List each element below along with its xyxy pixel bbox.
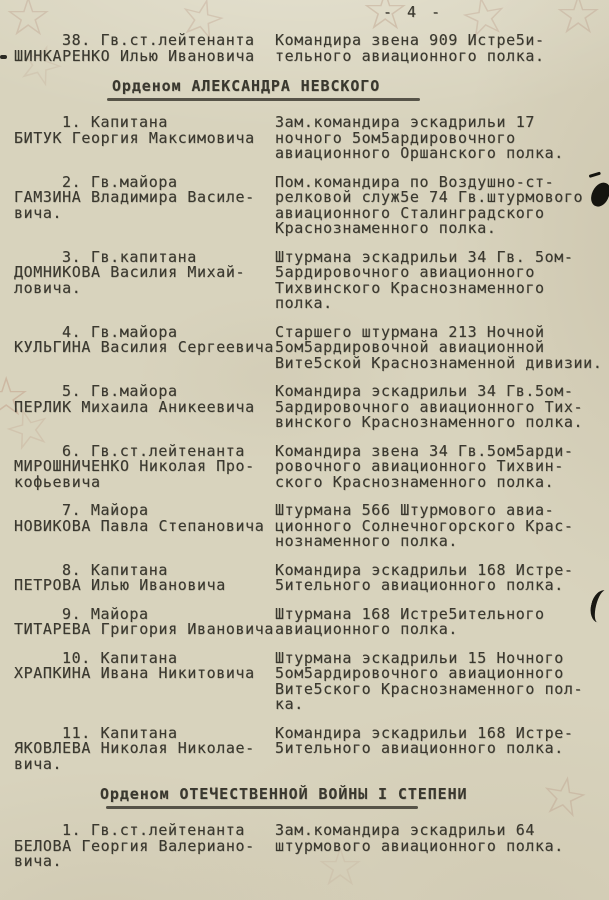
duty-column: Командира эскадрильи 168 Истре-5ительног… — [275, 726, 574, 773]
duty-line: 5ительного авиационного полка. — [275, 741, 574, 757]
recipient-column: 1. КапитанаБИТУК Георгия Максимовича — [0, 115, 275, 162]
recipient-name-line: кофьевича — [14, 475, 275, 491]
document-content: 38. Гв.ст.лейтенантаШИНКАРЕНКО Илью Иван… — [0, 33, 609, 883]
scanned-document-page: ☆ ☆ ☆ ☆ ☆ ☆ ☆ ☆ ☆ ☆ - 4 - 38. Гв.ст.лейт… — [0, 0, 609, 900]
recipient-column: 4. Гв.майораКУЛЬГИНА Василия Сергеевича — [0, 325, 275, 372]
recipient-column: 5. Гв.майораПЕРЛИК Михаила Аникеевича — [0, 384, 275, 431]
duty-line: штурмового авиационного полка. — [275, 839, 564, 855]
award-entry: 6. Гв.ст.лейтенантаМИРОШНИЧЕНКО Николая … — [0, 444, 609, 491]
duty-line: Вите5ской Краснознаменной дивизии. — [275, 356, 602, 372]
recipient-column: 2. Гв.майораГАМЗИНА Владимира Василе-вич… — [0, 175, 275, 237]
award-section-heading: Орденом АЛЕКСАНДРА НЕВСКОГО — [112, 77, 380, 95]
recipient-name-line: БИТУК Георгия Максимовича — [14, 131, 275, 147]
duty-column: Командира эскадрильи 34 Гв.5ом-5ардирово… — [275, 384, 583, 431]
duty-column: Штурмана эскадрильи 34 Гв. 5ом-5ардирово… — [275, 250, 574, 312]
duty-column: Старшего штурмана 213 Ночной5ом5ардирово… — [275, 325, 602, 372]
recipient-name-line: вича. — [14, 854, 275, 870]
award-entry: 1. КапитанаБИТУК Георгия МаксимовичаЗам.… — [0, 115, 609, 162]
duty-column: Штурмана эскадрильи 15 Ночного5ом5ардиро… — [275, 651, 583, 713]
award-entry: 4. Гв.майораКУЛЬГИНА Василия СергеевичаС… — [0, 325, 609, 372]
recipient-name-line: НОВИКОВА Павла Степановича — [14, 519, 275, 535]
recipient-column: 8. КапитанаПЕТРОВА Илью Ивановича — [0, 563, 275, 594]
duty-line: винского Краснознаменного полка. — [275, 415, 583, 431]
duty-column: Штурмана 168 Истре5ительногоавиационного… — [275, 607, 545, 638]
award-entry: 7. МайораНОВИКОВА Павла СтепановичаШтурм… — [0, 503, 609, 550]
duty-line: ского Краснознаменного полка. — [275, 475, 574, 491]
award-section-heading: Орденом ОТЕЧЕСТВЕННОЙ ВОЙНЫ I СТЕПЕНИ — [100, 785, 467, 803]
award-section-heading-row: Орденом АЛЕКСАНДРА НЕВСКОГО — [0, 77, 609, 101]
award-entry: 2. Гв.майораГАМЗИНА Владимира Василе-вич… — [0, 175, 609, 237]
award-entry: 8. КапитанаПЕТРОВА Илью ИвановичаКоманди… — [0, 563, 609, 594]
award-entry: 10. КапитанаХРАПКИНА Ивана НикитовичаШту… — [0, 651, 609, 713]
recipient-name-line: ПЕРЛИК Михаила Аникеевича — [14, 400, 275, 416]
award-section-heading-row: Орденом ОТЕЧЕСТВЕННОЙ ВОЙНЫ I СТЕПЕНИ — [0, 785, 609, 809]
award-entry: 9. МайораТИТАРЕВА Григория ИвановичаШтур… — [0, 607, 609, 638]
recipient-name-line: ХРАПКИНА Ивана Никитовича — [14, 666, 275, 682]
heading-underline — [107, 98, 420, 101]
duty-line: Вите5ского Краснознаменного пол- — [275, 682, 583, 698]
recipient-column: 9. МайораТИТАРЕВА Григория Ивановича — [0, 607, 275, 638]
recipient-name-line: ПЕТРОВА Илью Ивановича — [14, 578, 275, 594]
duty-column: Зам.командира эскадрильи 17ночного 5ом5а… — [275, 115, 564, 162]
duty-line: 5ительного авиационного полка. — [275, 578, 574, 594]
recipient-column: 7. МайораНОВИКОВА Павла Степановича — [0, 503, 275, 550]
heading-underline — [106, 806, 418, 809]
recipient-column: 10. КапитанаХРАПКИНА Ивана Никитовича — [0, 651, 275, 713]
award-entry: 3. Гв.капитанаДОМНИКОВА Василия Михай-ло… — [0, 250, 609, 312]
duty-line: ка. — [275, 697, 583, 713]
recipient-name-line: КУЛЬГИНА Василия Сергеевича — [14, 340, 275, 356]
recipient-name-line: ТИТАРЕВА Григория Ивановича — [14, 622, 275, 638]
duty-line: нознаменного полка. — [275, 534, 574, 550]
recipient-column: 1. Гв.ст.лейтенантаБЕЛОВА Георгия Валери… — [0, 823, 275, 870]
duty-line: тельного авиационного полка. — [275, 49, 545, 65]
award-entry: 5. Гв.майораПЕРЛИК Михаила АникеевичаКом… — [0, 384, 609, 431]
duty-line: полка. — [275, 296, 574, 312]
duty-line: авиационного Оршанского полка. — [275, 146, 564, 162]
duty-column: Командира звена 909 Истре5и-тельного ави… — [275, 33, 545, 64]
award-entry: 1. Гв.ст.лейтенантаБЕЛОВА Георгия Валери… — [0, 823, 609, 870]
page-number: - 4 - — [383, 3, 443, 21]
recipient-column: 6. Гв.ст.лейтенантаМИРОШНИЧЕНКО Николая … — [0, 444, 275, 491]
recipient-name-line: ШИНКАРЕНКО Илью Ивановича — [14, 49, 275, 65]
recipient-name-line: ловича. — [14, 281, 275, 297]
recipient-name-line: вича. — [14, 206, 275, 222]
recipient-column: 3. Гв.капитанаДОМНИКОВА Василия Михай-ло… — [0, 250, 275, 312]
recipient-name-line: вича. — [14, 757, 275, 773]
duty-column: Зам.командира эскадрильи 64штурмового ав… — [275, 823, 564, 870]
recipient-column: 38. Гв.ст.лейтенантаШИНКАРЕНКО Илью Иван… — [0, 33, 275, 64]
award-entry: 11. КапитанаЯКОВЛЕВА Николая Николае-вич… — [0, 726, 609, 773]
duty-line: Краснознаменного полка. — [275, 221, 583, 237]
award-entry: 38. Гв.ст.лейтенантаШИНКАРЕНКО Илью Иван… — [0, 33, 609, 64]
duty-column: Штурмана 566 Штурмового авиа-ционного Со… — [275, 503, 574, 550]
duty-column: Командира эскадрильи 168 Истре-5ительног… — [275, 563, 574, 594]
duty-column: Пом.командира по Воздушно-ст-релковой сл… — [275, 175, 583, 237]
recipient-column: 11. КапитанаЯКОВЛЕВА Николая Николае-вич… — [0, 726, 275, 773]
duty-line: авиационного полка. — [275, 622, 545, 638]
duty-column: Командира звена 34 Гв.5ом5арди-ровочного… — [275, 444, 574, 491]
